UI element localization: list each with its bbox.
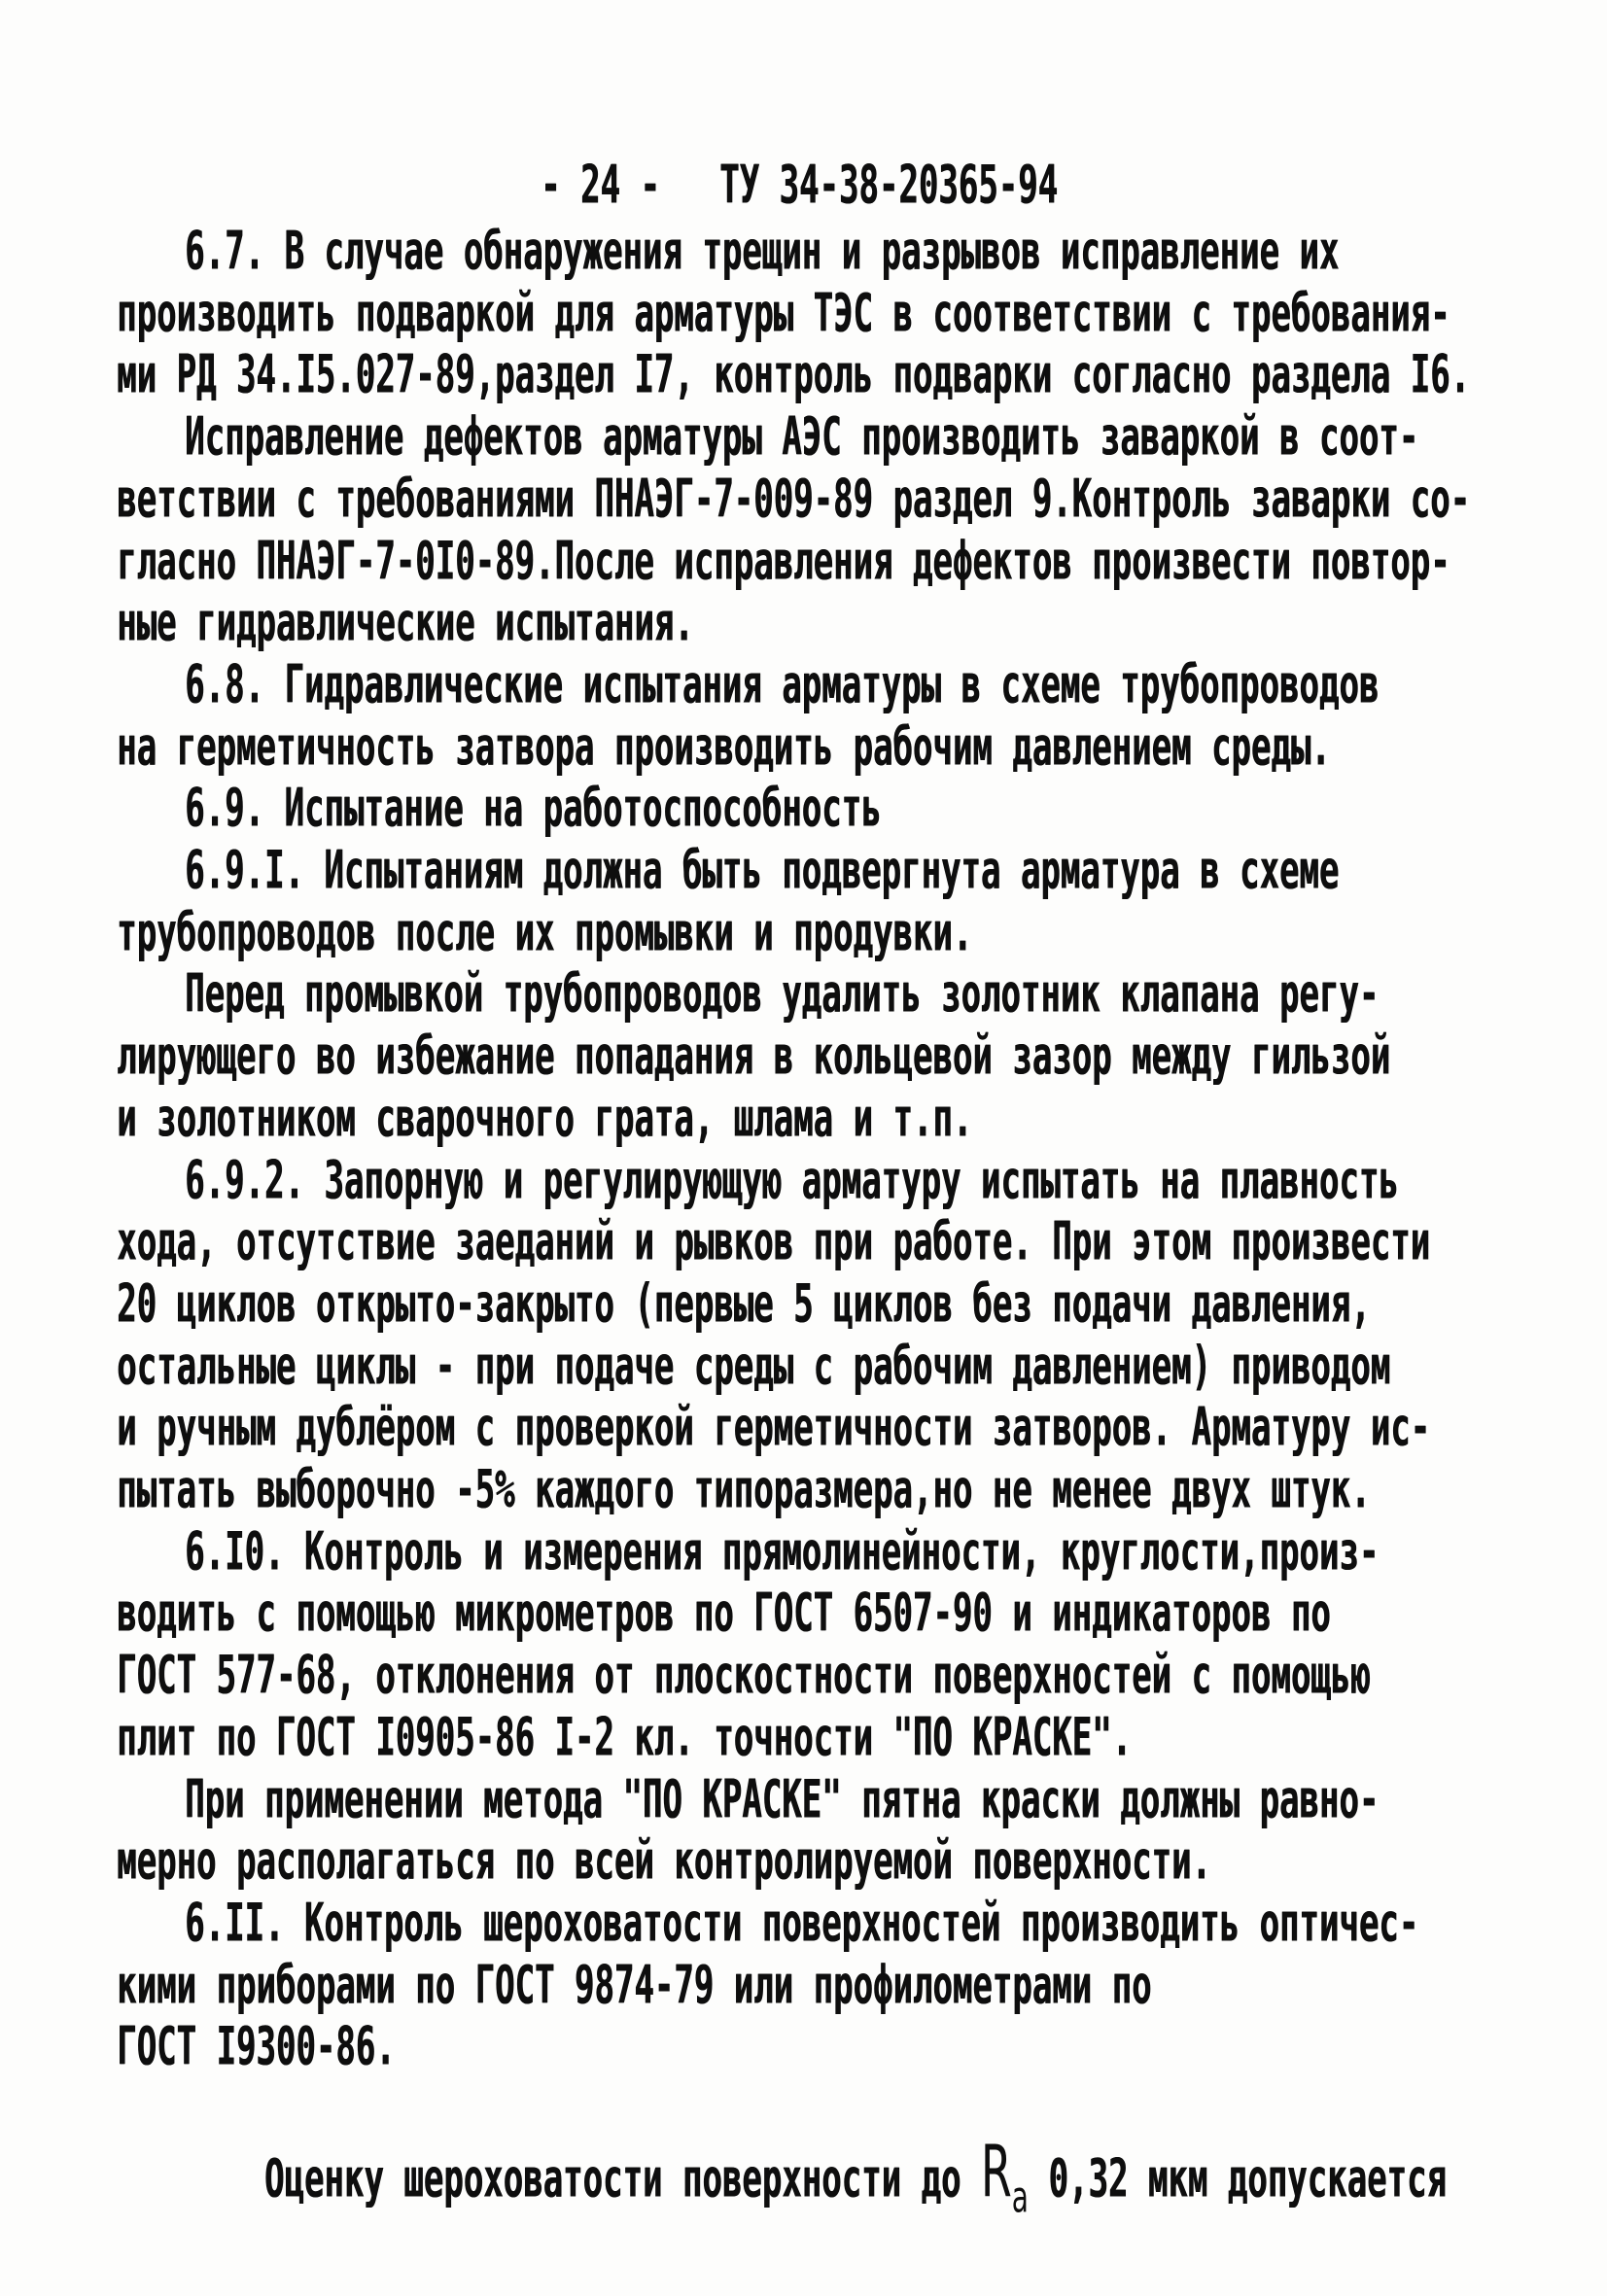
text-line: производить подваркой для арматуры ТЭС в… — [117, 283, 1450, 345]
text-line: Перед промывкой трубопроводов удалить зо… — [185, 963, 1379, 1026]
text-line: и золотником сварочного грата, шлама и т… — [117, 1088, 972, 1150]
text-line-roughness-formula: Оценку шероховатости поверхности до Ra 0… — [185, 2078, 1447, 2291]
text-line: 6.9.I. Испытаниям должна быть подвергнут… — [185, 840, 1339, 902]
text-line: ГОСТ 577-68, отклонения от плоскостности… — [117, 1645, 1371, 1707]
text-line: При применении метода "ПО КРАСКЕ" пятна … — [185, 1769, 1379, 1831]
text-line: 6.II. Контроль шероховатости поверхносте… — [185, 1893, 1418, 1955]
text-line: трубопроводов после их промывки и продув… — [117, 902, 972, 964]
text-line: остальные циклы - при подаче среды с раб… — [117, 1336, 1390, 1398]
text-line: лирующего во избежание попадания в кольц… — [117, 1026, 1390, 1088]
text-line: мерно располагаться по всей контролируем… — [117, 1830, 1211, 1893]
text-line: 6.9.2. Запорную и регулирующую арматуру … — [185, 1150, 1399, 1212]
page-number: - 24 - — [541, 155, 660, 217]
roughness-subscript: a — [1012, 2172, 1029, 2223]
text-line: Исправление дефектов арматуры АЭС произв… — [185, 406, 1418, 469]
formula-post-text: 0,32 мкм допускается — [1029, 2148, 1447, 2210]
text-line: ми РД 34.I5.027-89,раздел I7, контроль п… — [117, 344, 1470, 406]
text-line: плит по ГОСТ I0905-86 I-2 кл. точности "… — [117, 1707, 1132, 1769]
doc-number: ТУ 34-38-20365-94 — [719, 155, 1058, 217]
text-line: 20 циклов открыто-закрыто (первые 5 цикл… — [117, 1273, 1371, 1336]
text-line: 6.I0. Контроль и измерения прямолинейнос… — [185, 1521, 1379, 1583]
text-line: 6.8. Гидравлические испытания арматуры в… — [185, 654, 1379, 716]
text-line: 6.9. Испытание на работоспособность — [185, 778, 881, 840]
roughness-symbol: R — [981, 2130, 1012, 2213]
text-line: хода, отсутствие заеданий и рывков при р… — [117, 1211, 1430, 1273]
text-line: гласно ПНАЭГ-7-0I0-89.После исправления … — [117, 531, 1450, 593]
document-page: - 24 - ТУ 34-38-20365-94 6.7. В случае о… — [0, 0, 1607, 2296]
text-line: пытать выборочно -5% каждого типоразмера… — [117, 1459, 1371, 1521]
text-line: и ручным дублёром с проверкой герметично… — [117, 1397, 1430, 1459]
text-line: на герметичность затвора производить раб… — [117, 716, 1331, 779]
text-line: ГОСТ I9300-86. — [117, 2016, 396, 2078]
text-line: 6.7. В случае обнаружения трещин и разры… — [185, 221, 1339, 283]
text-line: водить с помощью микрометров по ГОСТ 650… — [117, 1583, 1331, 1645]
formula-pre-text: Оценку шероховатости поверхности до — [264, 2148, 981, 2210]
text-line: ные гидравлические испытания. — [117, 592, 694, 654]
text-line: ветствии с требованиями ПНАЭГ-7-009-89 р… — [117, 469, 1470, 531]
text-line: кими приборами по ГОСТ 9874-79 или профи… — [117, 1955, 1151, 2017]
